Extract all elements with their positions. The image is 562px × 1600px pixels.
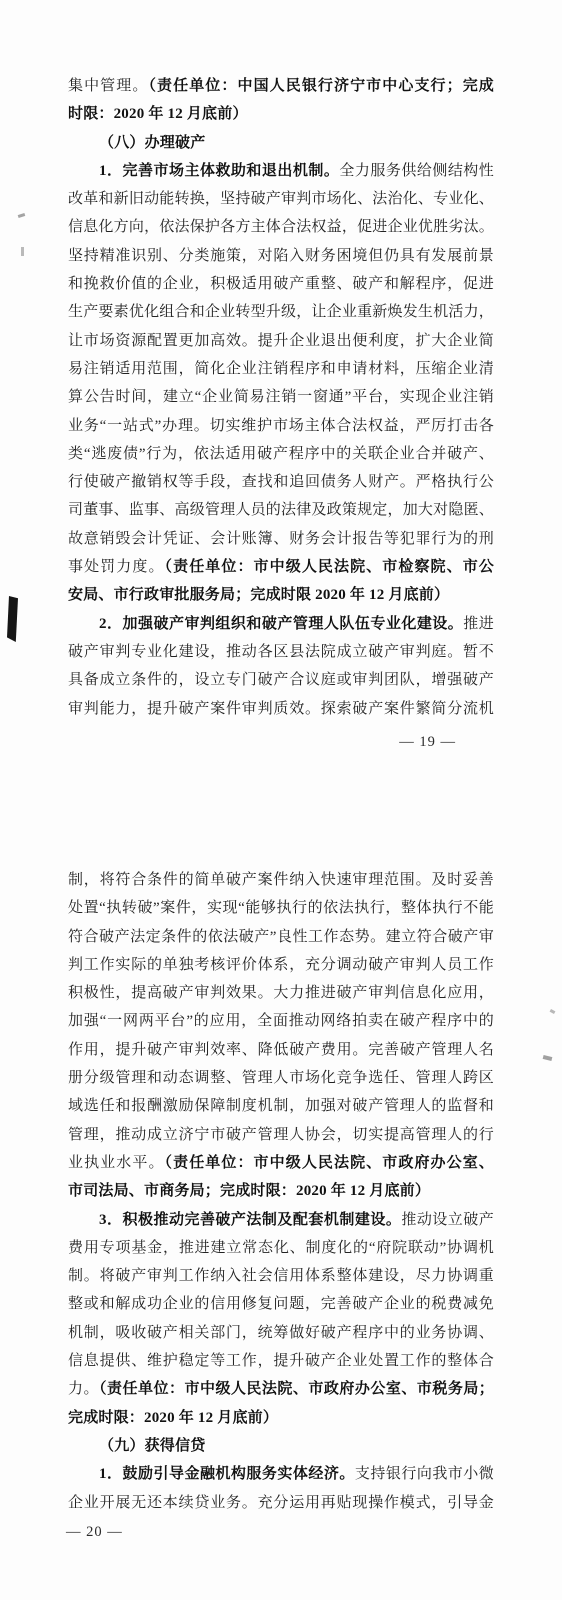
text-line: 算公告时间，建立“企业简易注销一窗通”平台，实现企业注销	[68, 383, 494, 411]
body-text: 推动设立破产	[401, 1212, 494, 1228]
text-line: 完成时限：2020 年 12 月底前）	[68, 1404, 494, 1432]
text-line: 审判能力，提升破产案件审判质效。探索破产案件繁简分流机	[68, 695, 494, 723]
body-text: 信息化方向，依法保护各方主体合法权益，促进企业优胜劣汰。	[68, 219, 494, 235]
scan-artifact-ink-mark	[7, 596, 18, 642]
emphasis-text: 时限：2020 年 12 月底前）	[68, 106, 248, 122]
text-line: 处置“执转破”案件，实现“能够执行的依法执行，整体执行不能	[68, 894, 494, 922]
body-text: 业务“一站式”办理。切实维护市场主体合法权益，严厉打击各	[68, 418, 494, 434]
text-line: （九）获得信贷	[68, 1432, 494, 1460]
text-line: 费用专项基金，推进建立常态化、制度化的“府院联动”协调机	[68, 1234, 494, 1262]
text-line: 和挽救价值的企业，积极适用破产重整、破产和解程序，促进	[68, 270, 494, 298]
body-text: 费用专项基金，推进建立常态化、制度化的“府院联动”协调机	[68, 1240, 494, 1256]
text-line: 机制，吸收破产相关部门，统筹做好破产程序中的业务协调、	[68, 1319, 494, 1347]
emphasis-text: （责任单位：中国人民银行济宁市中心支行；完成	[148, 78, 494, 94]
text-line: 2．加强破产审判组织和破产管理人队伍专业化建设。推进	[68, 610, 494, 638]
text-line: 生产要素优化组合和企业转型升级，让企业重新焕发生机活力，	[68, 298, 494, 326]
body-text: 加强“一网两平台”的应用，全面推动网络拍卖在破产程序中的	[68, 1013, 494, 1029]
body-text: 生产要素优化组合和企业转型升级，让企业重新焕发生机活力，	[68, 304, 494, 320]
text-line: 事处罚力度。（责任单位：市中级人民法院、市检察院、市公	[68, 553, 494, 581]
emphasis-text: （责任单位：市中级人民法院、市政府办公室、市税务局；	[99, 1381, 494, 1397]
body-text: 算公告时间，建立“企业简易注销一窗通”平台，实现企业注销	[68, 389, 494, 405]
body-text: 册分级管理和动态调整、管理人市场化竞争选任、管理人跨区	[68, 1070, 494, 1086]
body-text: 域选任和报酬激励保障制度机制，加强对破产管理人的监督和	[68, 1098, 494, 1114]
body-text: 故意销毁会计凭证、会计账簿、财务会计报告等犯罪行为的刑	[68, 531, 494, 547]
body-text: 支持银行向我市小微	[355, 1466, 494, 1482]
body-text: 破产审判专业化建设，推动各区县法院成立破产审判庭。暂不	[68, 644, 494, 660]
body-text: 管理，推动成立济宁市破产管理人协会，切实提高管理人的行	[68, 1127, 494, 1143]
text-line: 安局、市行政审批服务局；完成时限 2020 年 12 月底前）	[68, 581, 494, 609]
page-19-text-block: 集中管理。（责任单位：中国人民银行济宁市中心支行；完成时限：2020 年 12 …	[68, 72, 494, 723]
emphasis-text: （责任单位：市中级人民法院、市检察院、市公	[165, 559, 494, 575]
page-number-19: — 19 —	[68, 734, 494, 751]
text-line: 制，将符合条件的简单破产案件纳入快速审理范围。及时妥善	[68, 866, 494, 894]
text-line: 司董事、监事、高级管理人员的法律及政策规定，加大对隐匿、	[68, 496, 494, 524]
body-text: 业执业水平。	[68, 1155, 165, 1171]
text-line: 易注销适用范围，简化企业注销程序和申请材料，压缩企业清	[68, 355, 494, 383]
scan-artifact-speck	[18, 213, 26, 218]
body-text: 事处罚力度。	[68, 559, 165, 575]
text-line: 册分级管理和动态调整、管理人市场化竞争选任、管理人跨区	[68, 1064, 494, 1092]
body-text: 推进	[463, 616, 494, 632]
emphasis-text: （八）办理破产	[99, 135, 205, 151]
text-line: 管理，推动成立济宁市破产管理人协会，切实提高管理人的行	[68, 1121, 494, 1149]
body-text: 审判能力，提升破产案件审判质效。探索破产案件繁简分流机	[68, 701, 494, 717]
text-line: 判工作实际的单独考核评价体系，充分调动破产审判人员工作	[68, 951, 494, 979]
text-line: 集中管理。（责任单位：中国人民银行济宁市中心支行；完成	[68, 72, 494, 100]
body-text: 判工作实际的单独考核评价体系，充分调动破产审判人员工作	[68, 957, 494, 973]
body-text: 易注销适用范围，简化企业注销程序和申请材料，压缩企业清	[68, 361, 494, 377]
text-line: 力。（责任单位：市中级人民法院、市政府办公室、市税务局；	[68, 1375, 494, 1403]
emphasis-text: 1．完善市场主体救助和退出机制。	[99, 163, 339, 179]
body-text: 符合破产法定条件的依法破产”良性工作态势。建立符合破产审	[68, 929, 494, 945]
text-line: 类“逃废债”行为，依法适用破产程序中的关联企业合并破产、	[68, 440, 494, 468]
text-line: 积极性，提高破产审判效果。大力推进破产审判信息化应用，	[68, 979, 494, 1007]
body-text: 全力服务供给侧结构性	[339, 163, 494, 179]
body-text: 和挽救价值的企业，积极适用破产重整、破产和解程序，促进	[68, 276, 494, 292]
text-line: 整或和解成功企业的信用修复问题，完善破产企业的税费减免	[68, 1290, 494, 1318]
emphasis-text: 完成时限：2020 年 12 月底前）	[68, 1410, 278, 1426]
text-line: 业务“一站式”办理。切实维护市场主体合法权益，严厉打击各	[68, 412, 494, 440]
body-text: 作用，提升破产审判效率、降低破产费用。完善破产管理人名	[68, 1042, 494, 1058]
emphasis-text: （责任单位：市中级人民法院、市政府办公室、	[165, 1155, 494, 1171]
text-line: 加强“一网两平台”的应用，全面推动网络拍卖在破产程序中的	[68, 1007, 494, 1035]
text-line: 域选任和报酬激励保障制度机制，加强对破产管理人的监督和	[68, 1092, 494, 1120]
body-text: 司董事、监事、高级管理人员的法律及政策规定，加大对隐匿、	[68, 502, 494, 518]
body-text: 信息提供、维护稳定等工作，提升破产企业处置工作的整体合	[68, 1353, 494, 1369]
emphasis-text: 3．积极推动完善破产法制及配套机制建设。	[99, 1212, 401, 1228]
emphasis-text: （九）获得信贷	[99, 1438, 205, 1454]
text-line: 行使破产撤销权等手段，查找和追回债务人财产。严格执行公	[68, 468, 494, 496]
emphasis-text: 2．加强破产审判组织和破产管理人队伍专业化建设。	[99, 616, 463, 632]
body-text: 企业开展无还本续贷业务。充分运用再贴现操作模式，引导金	[68, 1495, 494, 1511]
body-text: 力。	[68, 1381, 99, 1397]
body-text: 让市场资源配置更加高效。提升企业退出便利度，扩大企业简	[68, 333, 494, 349]
text-line: 信息提供、维护稳定等工作，提升破产企业处置工作的整体合	[68, 1347, 494, 1375]
text-line: 1．鼓励引导金融机构服务实体经济。支持银行向我市小微	[68, 1460, 494, 1488]
scan-artifact-speck	[550, 1009, 556, 1014]
text-line: 作用，提升破产审判效率、降低破产费用。完善破产管理人名	[68, 1036, 494, 1064]
body-text: 处置“执转破”案件，实现“能够执行的依法执行，整体执行不能	[68, 900, 494, 916]
text-line: 信息化方向，依法保护各方主体合法权益，促进企业优胜劣汰。	[68, 213, 494, 241]
text-line: 故意销毁会计凭证、会计账簿、财务会计报告等犯罪行为的刑	[68, 525, 494, 553]
text-line: 具备成立条件的，设立专门破产合议庭或审判团队，增强破产	[68, 666, 494, 694]
body-text: 坚持精准识别、分类施策，对陷入财务困境但仍具有发展前景	[68, 248, 494, 264]
text-line: 符合破产法定条件的依法破产”良性工作态势。建立符合破产审	[68, 923, 494, 951]
text-line: 企业开展无还本续贷业务。充分运用再贴现操作模式，引导金	[68, 1489, 494, 1517]
body-text: 积极性，提高破产审判效果。大力推进破产审判信息化应用，	[68, 985, 494, 1001]
body-text: 行使破产撤销权等手段，查找和追回债务人财产。严格执行公	[68, 474, 494, 490]
emphasis-text: 市司法局、市商务局；完成时限：2020 年 12 月底前）	[68, 1183, 430, 1199]
text-line: 1．完善市场主体救助和退出机制。全力服务供给侧结构性	[68, 157, 494, 185]
body-text: 改革和新旧动能转换，坚持破产审判市场化、法治化、专业化、	[68, 191, 494, 207]
body-text: 制。将破产审判工作纳入社会信用体系整体建设，尽力协调重	[68, 1268, 494, 1284]
text-line: 破产审判专业化建设，推动各区县法院成立破产审判庭。暂不	[68, 638, 494, 666]
text-line: 市司法局、市商务局；完成时限：2020 年 12 月底前）	[68, 1177, 494, 1205]
page-20-text-block: 制，将符合条件的简单破产案件纳入快速审理范围。及时妥善处置“执转破”案件，实现“…	[68, 866, 494, 1517]
text-line: 让市场资源配置更加高效。提升企业退出便利度，扩大企业简	[68, 327, 494, 355]
body-text: 整或和解成功企业的信用修复问题，完善破产企业的税费减免	[68, 1296, 494, 1312]
page-number-20: — 20 —	[66, 1524, 123, 1541]
scan-artifact-speck	[21, 247, 24, 256]
body-text: 集中管理。	[68, 78, 148, 94]
body-text: 机制，吸收破产相关部门，统筹做好破产程序中的业务协调、	[68, 1325, 494, 1341]
body-text: 制，将符合条件的简单破产案件纳入快速审理范围。及时妥善	[68, 872, 494, 888]
document-scan: 集中管理。（责任单位：中国人民银行济宁市中心支行；完成时限：2020 年 12 …	[0, 0, 562, 1600]
scan-artifact-speck	[543, 1055, 553, 1061]
emphasis-text: 1．鼓励引导金融机构服务实体经济。	[99, 1466, 355, 1482]
text-line: 改革和新旧动能转换，坚持破产审判市场化、法治化、专业化、	[68, 185, 494, 213]
body-text: 类“逃废债”行为，依法适用破产程序中的关联企业合并破产、	[68, 446, 494, 462]
text-line: 业执业水平。（责任单位：市中级人民法院、市政府办公室、	[68, 1149, 494, 1177]
text-line: 时限：2020 年 12 月底前）	[68, 100, 494, 128]
text-line: 3．积极推动完善破产法制及配套机制建设。推动设立破产	[68, 1206, 494, 1234]
emphasis-text: 安局、市行政审批服务局；完成时限 2020 年 12 月底前）	[68, 587, 449, 603]
text-line: 制。将破产审判工作纳入社会信用体系整体建设，尽力协调重	[68, 1262, 494, 1290]
body-text: 具备成立条件的，设立专门破产合议庭或审判团队，增强破产	[68, 672, 494, 688]
text-line: 坚持精准识别、分类施策，对陷入财务困境但仍具有发展前景	[68, 242, 494, 270]
text-line: （八）办理破产	[68, 129, 494, 157]
